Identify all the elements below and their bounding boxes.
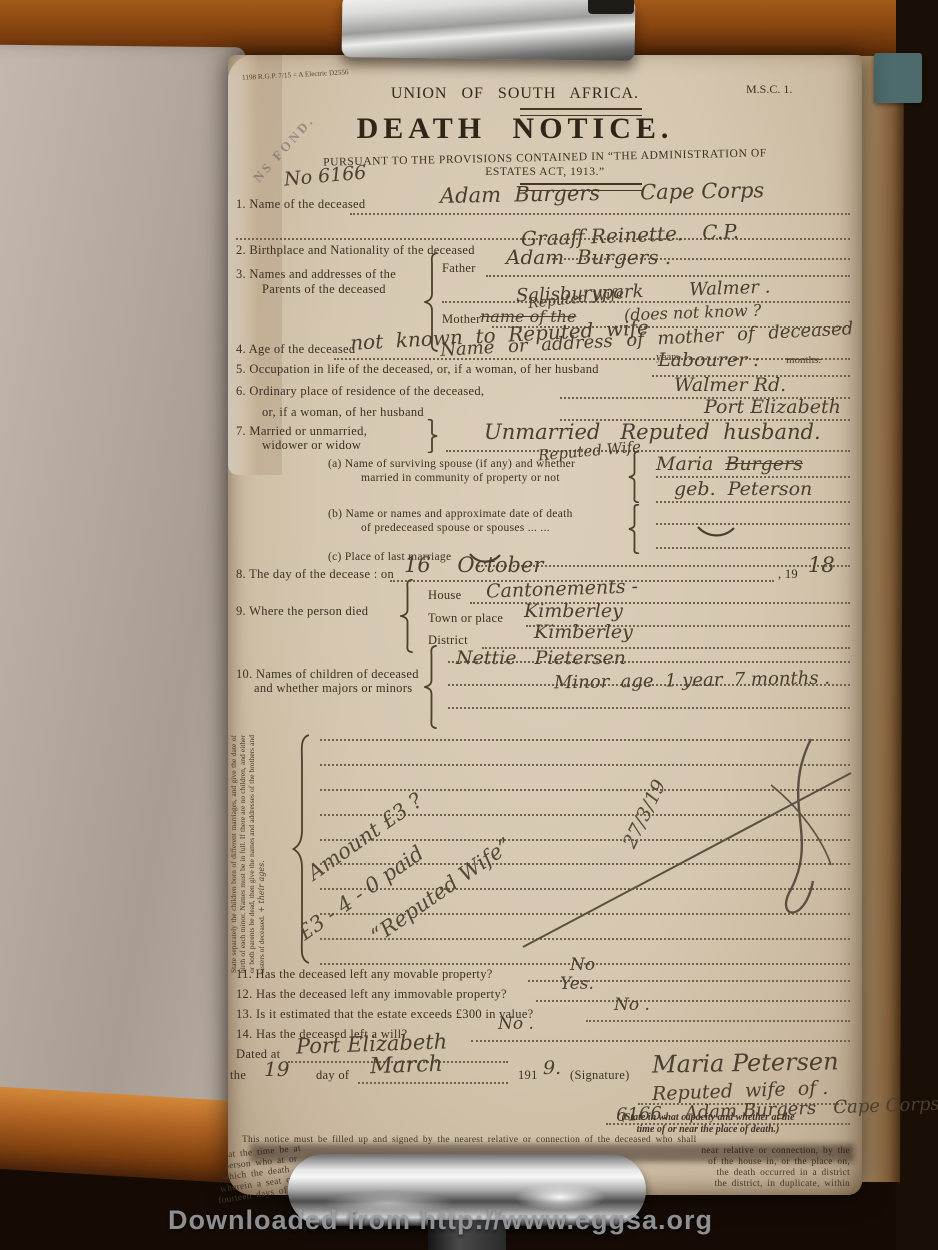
field10-label-1: 10. Names of children of deceased	[236, 667, 419, 682]
date-dayof: day of	[316, 1068, 349, 1083]
field8-year-hw: 18	[808, 553, 835, 577]
fa-value-2: geb. Peterson	[674, 478, 812, 500]
dotted-line	[334, 358, 850, 360]
fa-value-1-name: Maria	[656, 453, 725, 475]
fa-brace	[628, 451, 641, 503]
dotted-line	[358, 1082, 508, 1084]
q12-label: 12. Has the deceased left any immovable …	[236, 987, 507, 1002]
margin-instruction-note: State separately the children born of di…	[230, 735, 276, 973]
top-clip-tab	[588, 0, 634, 14]
father-label: Father	[442, 261, 476, 276]
margin-note-text: State separately the children born of di…	[229, 735, 266, 973]
fb-label-2: of predeceased spouse or spouses ... ...	[361, 522, 550, 534]
field10-label-2: and whether majors or minors	[254, 681, 412, 696]
fa-value-1: Maria Burgers	[656, 453, 803, 475]
months-label: months.	[786, 354, 821, 366]
document-page: NS FOND. 1198 R.G.P. 7/15 = A Electric D…	[228, 55, 862, 1195]
field5-value: Labourer :	[658, 349, 760, 371]
pencil-flourish	[513, 725, 858, 970]
field10-value-2: Minor age 1 year 7 months .	[554, 668, 830, 694]
form-code: M.S.C. 1.	[746, 82, 792, 97]
date-day: 19	[264, 1057, 289, 1081]
capacity-note-1: (State in what capacity and whether at t…	[558, 1112, 858, 1123]
field7-value: Unmarried Reputed husband.	[484, 420, 821, 444]
watermark-text: Downloaded from http://www.eggsa.org	[168, 1205, 713, 1236]
date-the: the	[230, 1068, 246, 1083]
dotted-line	[471, 1040, 850, 1042]
house-label: House	[428, 588, 461, 603]
book-cover-patch	[874, 53, 922, 103]
fb-brace	[628, 504, 641, 554]
date-month: March	[370, 1052, 443, 1080]
photo-of-death-notice: NS FOND. 1198 R.G.P. 7/15 = A Electric D…	[0, 0, 938, 1250]
field7-label-2: widower or widow	[262, 438, 361, 453]
dotted-line	[486, 275, 850, 277]
dotted-line	[586, 1020, 850, 1022]
q13-value: No .	[614, 995, 650, 1015]
field6-label-2: or, if a woman, of her husband	[262, 405, 424, 420]
field8-year-printed: , 19	[778, 567, 798, 582]
field1-value: Adam Burgers Cape Corps	[440, 178, 765, 208]
dotted-line	[446, 450, 850, 452]
dotted-line	[656, 523, 850, 525]
field8-label: 8. The day of the decease : on	[236, 567, 394, 582]
country-heading: UNION OF SOUTH AFRICA.	[345, 85, 685, 103]
date-year-printed: 191	[518, 1068, 538, 1083]
fb-label-1: (b) Name or names and approximate date o…	[328, 508, 573, 520]
father-value: Adam Burgers .	[506, 245, 671, 269]
field7-label-1: 7. Married or unmarried,	[236, 424, 367, 439]
field3-label-1: 3. Names and addresses of the	[236, 267, 396, 282]
town-value: Kimberley	[524, 600, 623, 622]
house-value: Cantonements -	[486, 575, 639, 602]
field6-value-1: Walmer Rd.	[674, 374, 786, 396]
dotted-line	[656, 547, 850, 549]
town-label: Town or place	[428, 611, 503, 626]
field10-value-1: Nettie Pietersen	[456, 647, 626, 669]
field9-brace	[400, 579, 415, 653]
field6-value-2: Port Elizabeth	[704, 396, 841, 418]
dotted-line	[656, 501, 850, 503]
district-value: Kimberley	[534, 621, 633, 643]
field7-brace	[426, 419, 438, 453]
field8-value: 16 October	[404, 553, 543, 577]
fa-label-2: married in community of property or not	[361, 472, 560, 484]
left-blank-page	[0, 45, 246, 1124]
margin-note-handwritten: + their ages.	[257, 860, 266, 915]
q11-label: 11. Has the deceased left any movable pr…	[236, 967, 493, 982]
fa-label-1: (a) Name of surviving spouse (if any) an…	[328, 458, 575, 470]
field1-label: 1. Name of the deceased	[236, 197, 365, 212]
field5-label: 5. Occupation in life of the deceased, o…	[236, 362, 599, 377]
fb-tick-mark	[696, 523, 736, 539]
q12-value: Yes.	[560, 974, 594, 994]
dotted-line	[536, 1000, 850, 1002]
field4-label: 4. Age of the deceased	[236, 342, 355, 357]
capacity-note-2: time of or near the place of death.)	[558, 1124, 858, 1135]
signature-label: (Signature)	[570, 1068, 630, 1083]
dotted-line	[350, 213, 850, 215]
field9-label: 9. Where the person died	[236, 604, 368, 619]
date-year-hw: 9.	[543, 1057, 561, 1079]
q13-label: 13. Is it estimated that the estate exce…	[236, 1007, 534, 1022]
signature-value: Maria Petersen	[652, 1047, 839, 1078]
field10-brace	[424, 645, 439, 729]
field3-label-2: Parents of the deceased	[262, 282, 386, 297]
document-title: DEATH NOTICE.	[325, 112, 705, 146]
field6-label-1: 6. Ordinary place of residence of the de…	[236, 384, 484, 399]
fa-value-1-struck: Burgers	[725, 453, 803, 475]
q11-value: No	[570, 955, 595, 975]
q14-value: No .	[498, 1014, 534, 1034]
